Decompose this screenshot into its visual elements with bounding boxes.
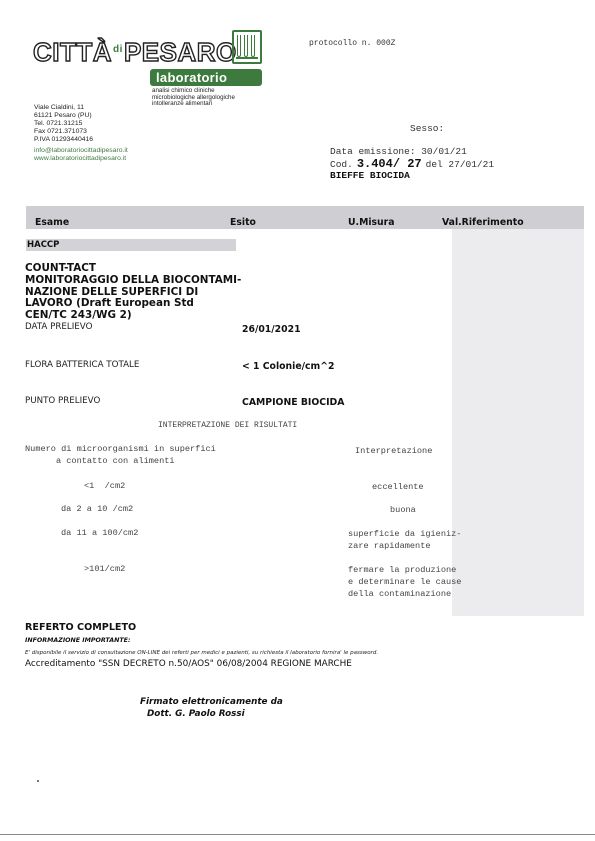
logo-citta: CITTÀ bbox=[33, 37, 112, 67]
left-header-line: a contatto con alimenti bbox=[25, 456, 216, 468]
column-umisura: U.Misura bbox=[348, 217, 395, 228]
exam-title: COUNT-TACT MONITORAGGIO DELLA BIOCONTAMI… bbox=[25, 263, 241, 322]
range-gt101: >101/cm2 bbox=[84, 564, 125, 576]
row-flora-value: < 1 Colonie/cm^2 bbox=[242, 361, 334, 372]
cod-date: del 27/01/21 bbox=[426, 159, 494, 170]
signature-block: Firmato elettronicamente da Dott. G. Pao… bbox=[140, 696, 283, 720]
lab-flask-logo-icon bbox=[232, 30, 262, 64]
column-esame: Esame bbox=[35, 217, 69, 228]
meaning-fermare: fermare la produzionee determinare le ca… bbox=[348, 565, 461, 600]
reference-value-column bbox=[452, 229, 584, 616]
section-haccp: HACCP bbox=[26, 239, 236, 251]
meaning-igienizzare: superficie da igieniz-zare rapidamente bbox=[348, 529, 461, 553]
contact-website[interactable]: www.laboratoriocittadipesaro.it bbox=[34, 155, 128, 163]
row-punto-value: CAMPIONE BIOCIDA bbox=[242, 397, 344, 408]
row-punto-label: PUNTO PRELIEVO bbox=[25, 396, 100, 406]
signature-label: Firmato elettronicamente da bbox=[140, 696, 283, 708]
meaning-buona: buona bbox=[390, 505, 416, 517]
column-val-riferimento: Val.Riferimento bbox=[442, 217, 524, 228]
scan-edge-line bbox=[0, 834, 595, 835]
address-fax: Fax 0721.371073 bbox=[34, 128, 93, 136]
exam-title-line: CEN/TC 243/WG 2) bbox=[25, 310, 241, 322]
left-header-line: Numero di microorganismi in superfici bbox=[25, 444, 216, 456]
codice-referto: Cod.3.404/ 27del 27/01/21 bbox=[330, 157, 494, 171]
laboratorio-badge: laboratorio bbox=[150, 69, 262, 86]
meaning-eccellente: eccellente bbox=[372, 482, 424, 494]
signature-doctor: Dott. G. Paolo Rossi bbox=[140, 708, 283, 720]
referto-completo: REFERTO COMPLETO bbox=[25, 622, 136, 633]
info-importante-title: INFORMAZIONE IMPORTANTE: bbox=[25, 637, 131, 644]
scan-speck bbox=[37, 780, 39, 782]
interpretation-right-header: Interpretazione bbox=[355, 446, 432, 458]
range-lt1: <1 /cm2 bbox=[84, 481, 125, 493]
lab-description: analisi chimico cliniche microbiologiche… bbox=[152, 88, 235, 108]
lab-desc-line: intolleranze alimentari bbox=[152, 101, 235, 108]
protocollo-number: protocollo n. 000Z bbox=[309, 39, 395, 48]
accreditamento: Accreditamento "SSN DECRETO n.50/AOS" 06… bbox=[25, 659, 352, 669]
logo-di: di bbox=[113, 44, 123, 55]
address-city: 61121 Pesaro (PU) bbox=[34, 112, 93, 120]
interpretation-left-header: Numero di microorganismi in superfici a … bbox=[25, 444, 216, 468]
sesso-label: Sesso: bbox=[410, 123, 444, 134]
cod-label: Cod. bbox=[330, 159, 353, 170]
info-importante-text: E' disponibile il servizio di consultazi… bbox=[25, 650, 378, 656]
meaning-line: della contaminazione bbox=[348, 589, 461, 601]
column-esito: Esito bbox=[230, 217, 256, 228]
range-11-100: da 11 a 100/cm2 bbox=[61, 528, 138, 540]
meaning-line: fermare la produzione bbox=[348, 565, 461, 577]
row-flora-label: FLORA BATTERICA TOTALE bbox=[25, 360, 139, 370]
meaning-line: e determinare le cause bbox=[348, 577, 461, 589]
interpretation-title: INTERPRETAZIONE DEI RISULTATI bbox=[158, 421, 297, 430]
client-name: BIEFFE BIOCIDA bbox=[330, 170, 410, 181]
meaning-line: superficie da igieniz- bbox=[348, 529, 461, 541]
lab-logo-title: CITTÀdiPESARO bbox=[33, 38, 237, 66]
cod-value: 3.404/ 27 bbox=[357, 157, 422, 171]
row-data-prelievo-value: 26/01/2021 bbox=[242, 324, 301, 335]
lab-contacts: info@laboratoriocittadipesaro.it www.lab… bbox=[34, 147, 128, 163]
address-phone: Tel. 0721.31215 bbox=[34, 120, 93, 128]
address-piva: P.IVA 01293440416 bbox=[34, 136, 93, 144]
address-street: Viale Cialdini, 11 bbox=[34, 104, 93, 112]
contact-email[interactable]: info@laboratoriocittadipesaro.it bbox=[34, 147, 128, 155]
logo-pesaro: PESARO bbox=[124, 37, 237, 67]
meaning-line: zare rapidamente bbox=[348, 541, 461, 553]
lab-address: Viale Cialdini, 11 61121 Pesaro (PU) Tel… bbox=[34, 104, 93, 144]
row-data-prelievo-label: DATA PRELIEVO bbox=[25, 322, 92, 332]
range-2-10: da 2 a 10 /cm2 bbox=[61, 504, 133, 516]
data-emissione: Data emissione: 30/01/21 bbox=[330, 146, 467, 157]
exam-title-line: MONITORAGGIO DELLA BIOCONTAMI- bbox=[25, 275, 241, 287]
